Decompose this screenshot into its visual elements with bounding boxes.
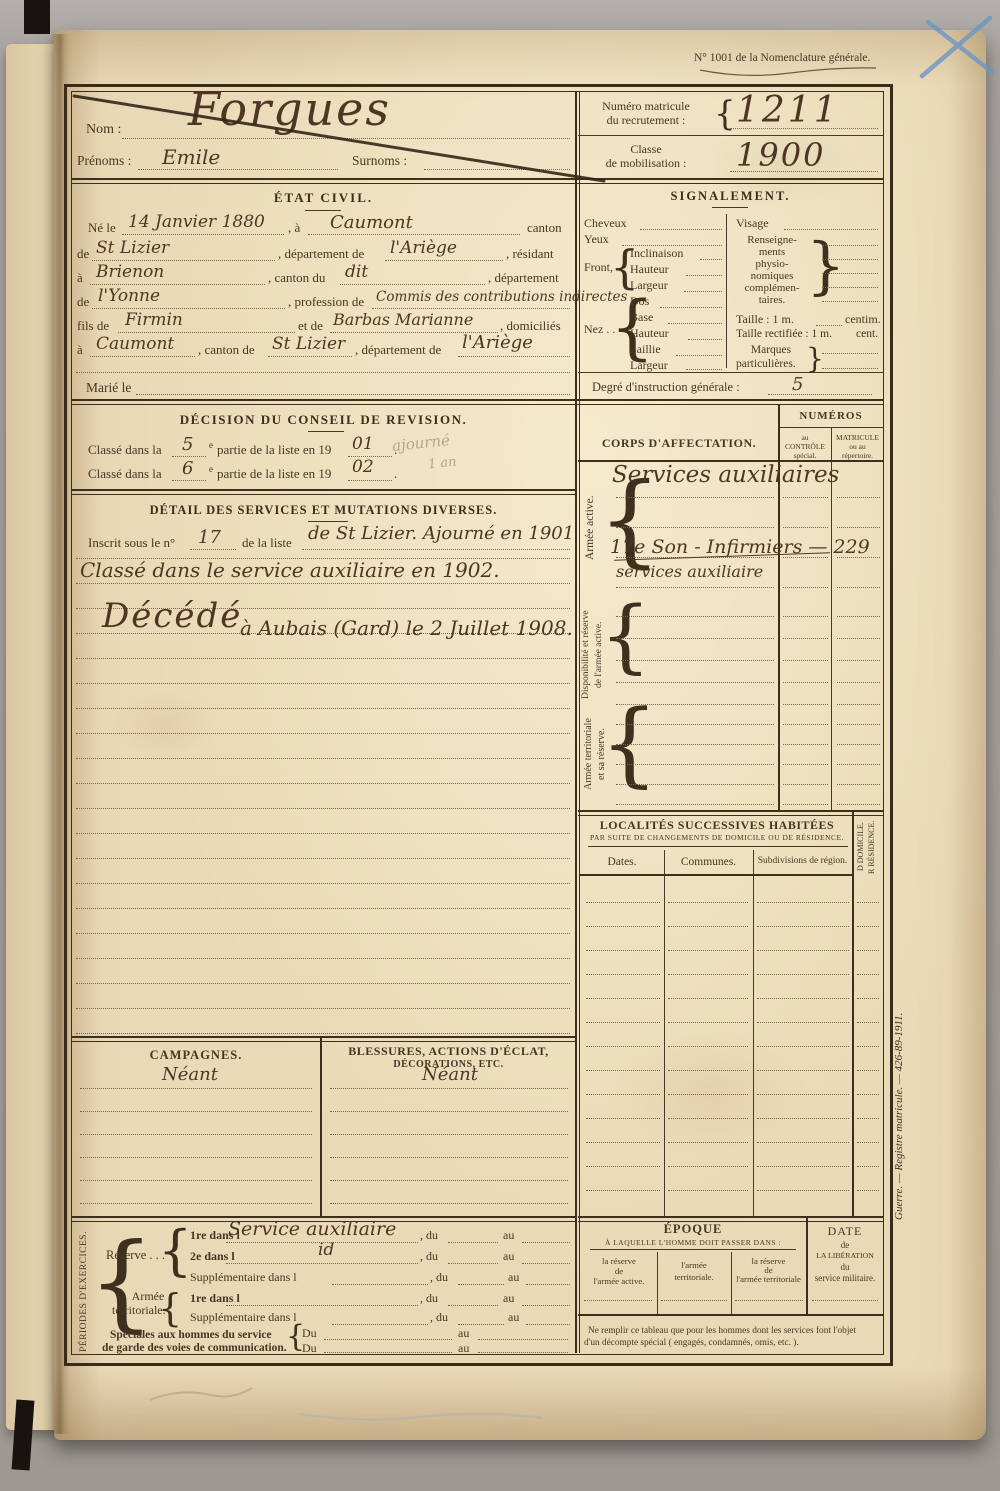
pencil-scribble [150,1388,252,1400]
annotations-overlay [0,0,1000,1491]
blue-pencil-scribble [300,1414,542,1420]
name-strikethrough-line [74,96,604,181]
nomenclature-flourish [700,68,876,76]
blue-pencil-x-mark [922,18,992,76]
scanned-register-page: N° 1001 de la Nomenclature générale. Nom… [0,0,1000,1491]
